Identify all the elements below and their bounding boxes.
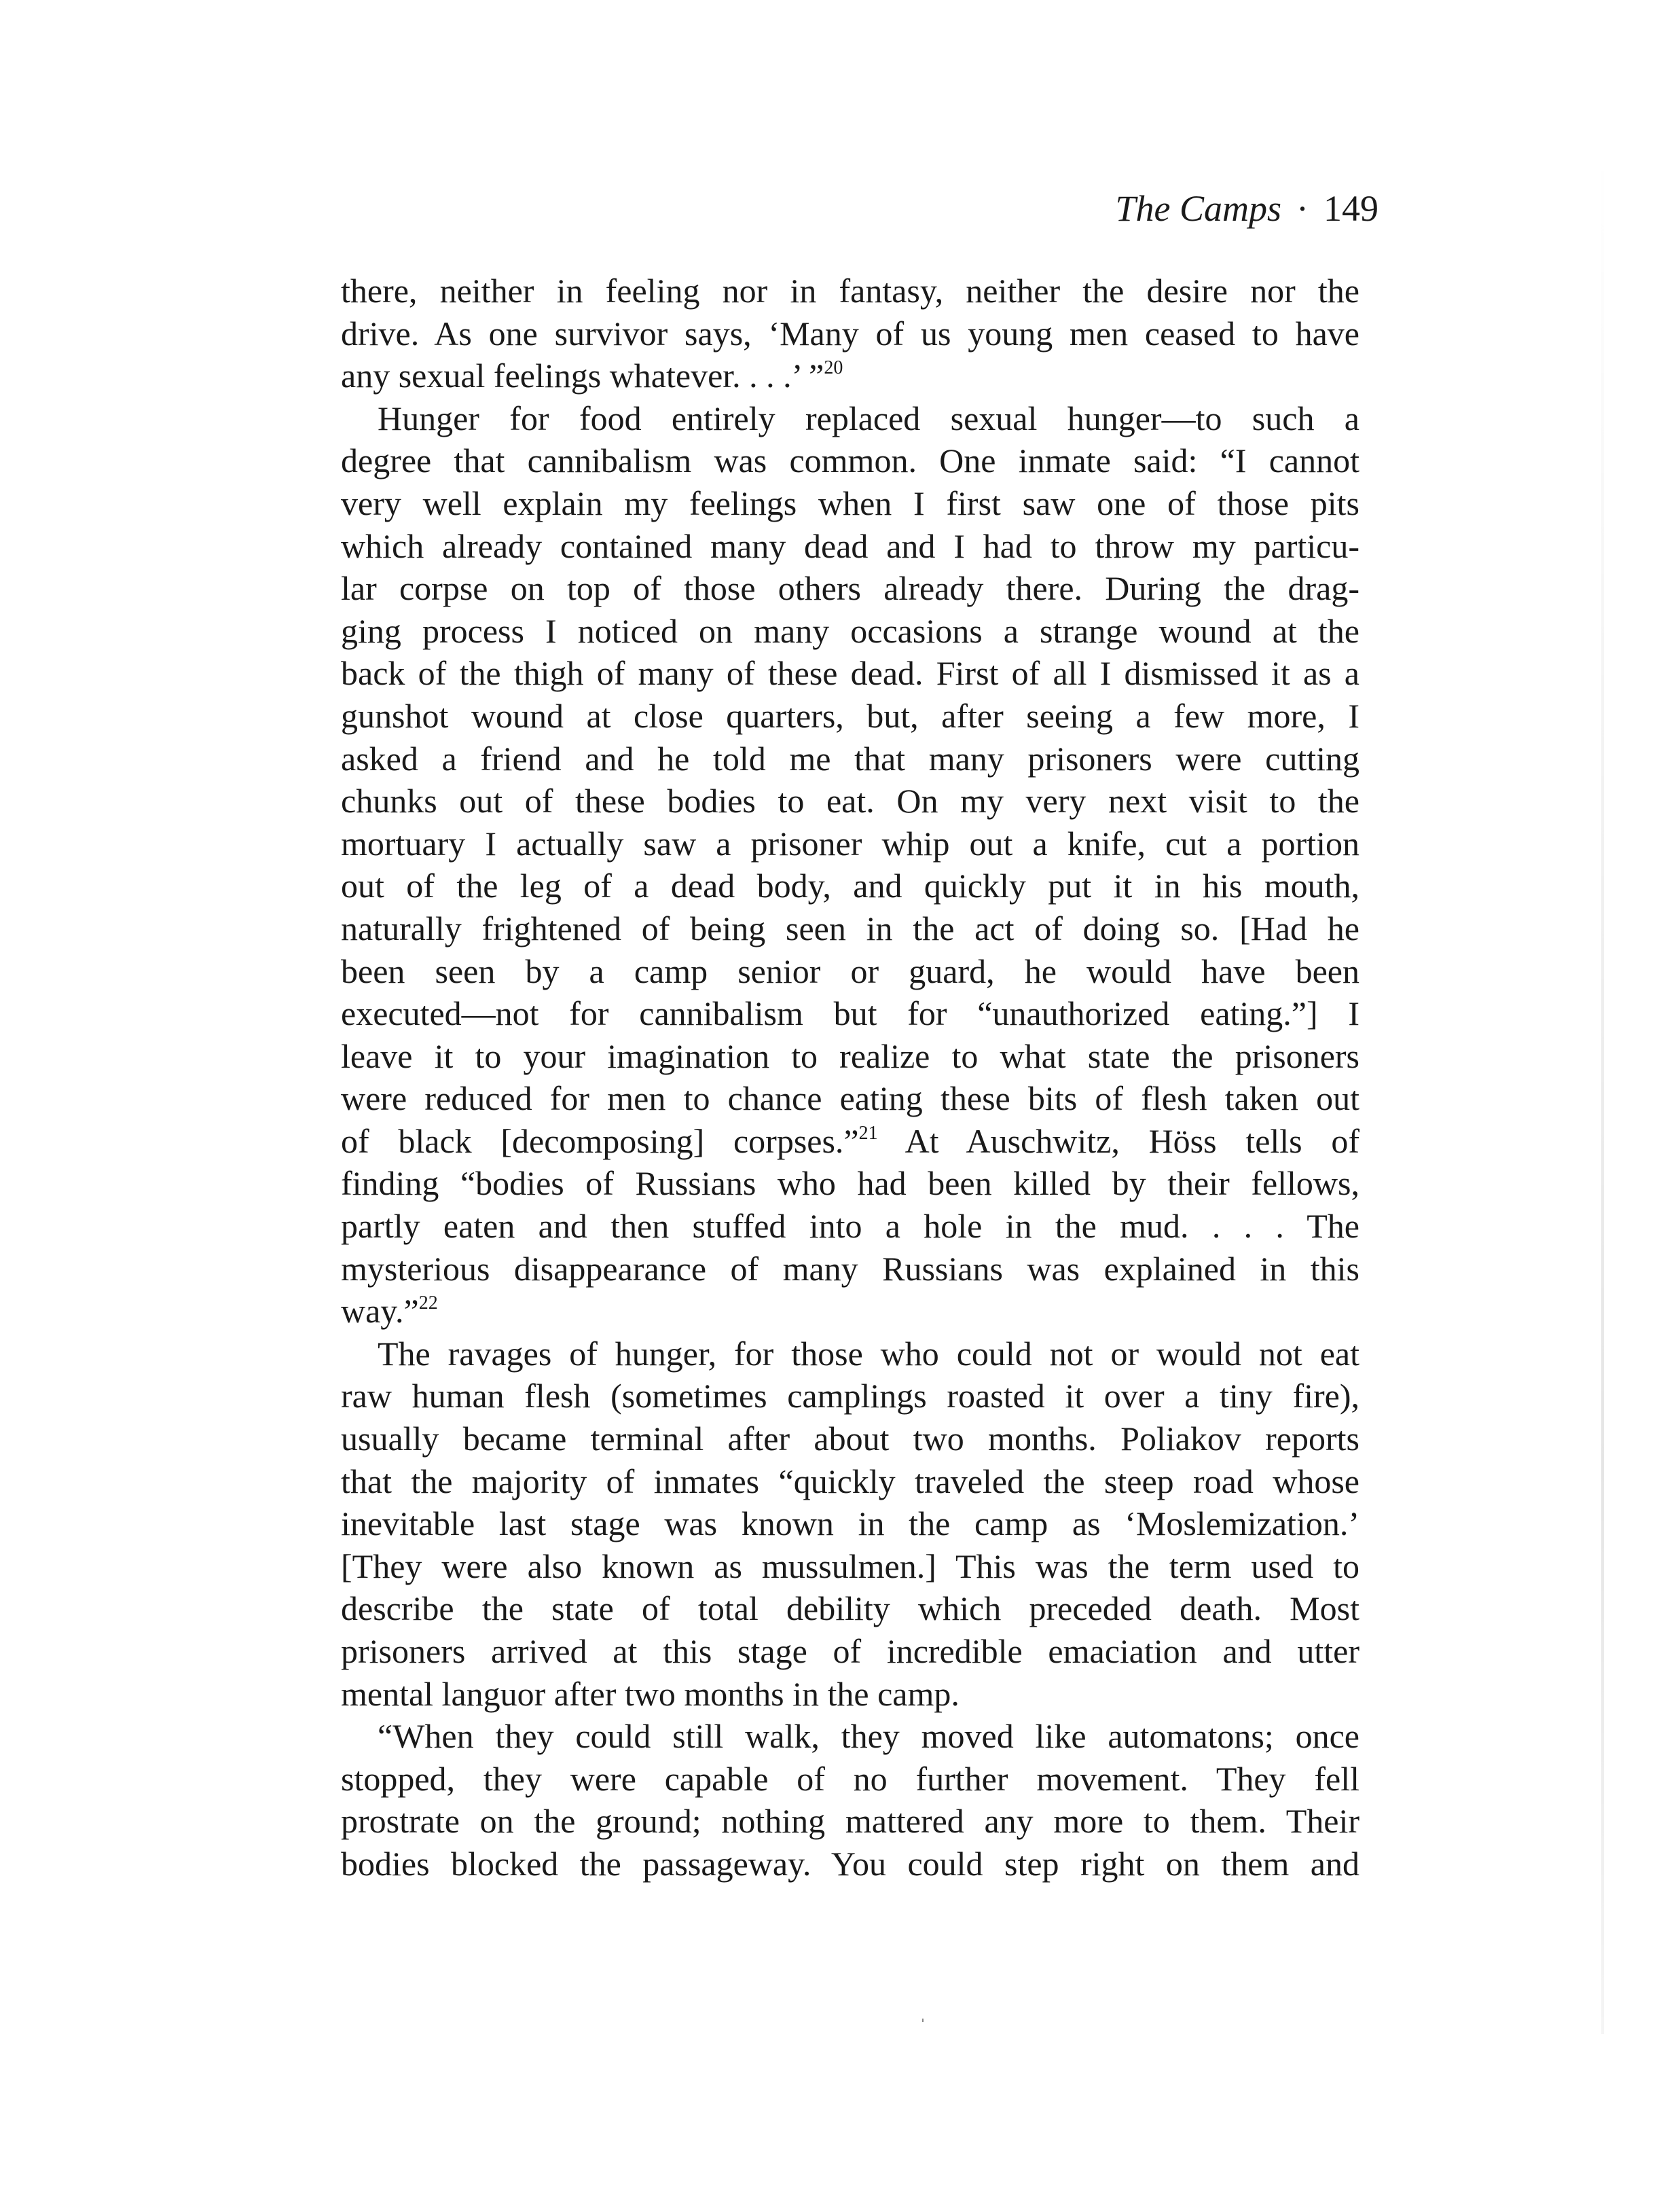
line-text: mysterious disappearance of many Russian… bbox=[341, 1250, 1359, 1288]
text-line: mental languor after two months in the c… bbox=[341, 1673, 1359, 1716]
text-line: partly eaten and then stuffed into a hol… bbox=[341, 1205, 1359, 1248]
text-line: very well explain my feelings when I fir… bbox=[341, 482, 1359, 525]
scan-speck bbox=[922, 2019, 924, 2022]
line-text: Hunger for food entirely replaced sexual… bbox=[378, 399, 1359, 437]
text-line: of black [decomposing] corpses.”21 At Au… bbox=[341, 1120, 1359, 1163]
line-text: any sexual feelings whatever. . . .’ ” bbox=[341, 357, 824, 395]
line-text: been seen by a camp senior or guard, he … bbox=[341, 952, 1359, 990]
line-text: out of the leg of a dead body, and quick… bbox=[341, 867, 1359, 905]
line-text: drive. As one survivor says, ‘Many of us… bbox=[341, 314, 1359, 353]
text-line: “When they could still walk, they moved … bbox=[341, 1715, 1359, 1758]
text-line: degree that cannibalism was common. One … bbox=[341, 439, 1359, 482]
text-line: chunks out of these bodies to eat. On my… bbox=[341, 780, 1359, 823]
text-line: gunshot wound at close quarters, but, af… bbox=[341, 695, 1359, 738]
line-text: The ravages of hunger, for those who cou… bbox=[378, 1335, 1359, 1373]
line-text: usually became terminal after about two … bbox=[341, 1420, 1359, 1458]
text-line: were reduced for men to chance eating th… bbox=[341, 1077, 1359, 1120]
line-text: raw human flesh (sometimes camplings roa… bbox=[341, 1377, 1359, 1415]
line-text: mental languor after two months in the c… bbox=[341, 1675, 960, 1713]
text-line: ging process I noticed on many occasions… bbox=[341, 610, 1359, 653]
text-line: leave it to your imagination to realize … bbox=[341, 1035, 1359, 1078]
line-text: were reduced for men to chance eating th… bbox=[341, 1079, 1359, 1117]
text-line: way.”22 bbox=[341, 1290, 1359, 1333]
text-line: been seen by a camp senior or guard, he … bbox=[341, 950, 1359, 993]
line-text: ging process I noticed on many occasions… bbox=[341, 612, 1359, 650]
line-text: there, neither in feeling nor in fantasy… bbox=[341, 272, 1359, 310]
text-line: finding “bodies of Russians who had been… bbox=[341, 1162, 1359, 1205]
line-text: which already contained many dead and I … bbox=[341, 527, 1359, 565]
line-text: “When they could still walk, they moved … bbox=[378, 1717, 1359, 1755]
line-text: naturally frightened of being seen in th… bbox=[341, 909, 1359, 947]
text-line: lar corpse on top of those others alread… bbox=[341, 567, 1359, 610]
text-line: there, neither in feeling nor in fantasy… bbox=[341, 270, 1359, 312]
text-line: any sexual feelings whatever. . . .’ ”20 bbox=[341, 355, 1359, 397]
text-line: drive. As one survivor says, ‘Many of us… bbox=[341, 312, 1359, 355]
line-text: lar corpse on top of those others alread… bbox=[341, 569, 1359, 607]
body-text: there, neither in feeling nor in fantasy… bbox=[341, 270, 1359, 1885]
line-text: stopped, they were capable of no further… bbox=[341, 1760, 1359, 1798]
line-text: describe the state of total debility whi… bbox=[341, 1589, 1359, 1627]
line-text: leave it to your imagination to realize … bbox=[341, 1037, 1359, 1075]
text-line: that the majority of inmates “quickly tr… bbox=[341, 1460, 1359, 1503]
separator-dot: · bbox=[1296, 185, 1309, 232]
line-text: executed—not for cannibalism but for “un… bbox=[341, 994, 1359, 1032]
running-head: The Camps·149 bbox=[1046, 185, 1378, 232]
text-line: mortuary I actually saw a prisoner whip … bbox=[341, 823, 1359, 865]
text-line: describe the state of total debility whi… bbox=[341, 1587, 1359, 1630]
text-line: usually became terminal after about two … bbox=[341, 1417, 1359, 1460]
line-text: gunshot wound at close quarters, but, af… bbox=[341, 697, 1359, 735]
text-line: Hunger for food entirely replaced sexual… bbox=[341, 397, 1359, 440]
line-text-continued: At Auschwitz, Höss tells of bbox=[878, 1122, 1359, 1160]
line-text: that the majority of inmates “quickly tr… bbox=[341, 1462, 1359, 1500]
line-text: inevitable last stage was known in the c… bbox=[341, 1504, 1359, 1542]
text-line: naturally frightened of being seen in th… bbox=[341, 907, 1359, 950]
line-text: degree that cannibalism was common. One … bbox=[341, 441, 1359, 480]
footnote-ref: 20 bbox=[824, 357, 843, 378]
text-line: prisoners arrived at this stage of incre… bbox=[341, 1630, 1359, 1673]
line-text: back of the thigh of many of these dead.… bbox=[341, 654, 1359, 692]
line-text: chunks out of these bodies to eat. On my… bbox=[341, 782, 1359, 820]
line-text: mortuary I actually saw a prisoner whip … bbox=[341, 825, 1359, 863]
scan-edge-shadow bbox=[1601, 146, 1604, 2034]
line-text: asked a friend and he told me that many … bbox=[341, 740, 1359, 778]
footnote-ref: 22 bbox=[419, 1293, 438, 1314]
text-line: mysterious disappearance of many Russian… bbox=[341, 1248, 1359, 1290]
text-line: stopped, they were capable of no further… bbox=[341, 1758, 1359, 1801]
text-line: prostrate on the ground; nothing mattere… bbox=[341, 1800, 1359, 1843]
text-line: asked a friend and he told me that many … bbox=[341, 738, 1359, 780]
text-line: out of the leg of a dead body, and quick… bbox=[341, 865, 1359, 907]
text-line: back of the thigh of many of these dead.… bbox=[341, 652, 1359, 695]
book-page: The Camps·149 there, neither in feeling … bbox=[0, 0, 1680, 2204]
line-text: [They were also known as mussulmen.] Thi… bbox=[341, 1547, 1359, 1585]
line-text: partly eaten and then stuffed into a hol… bbox=[341, 1207, 1359, 1245]
line-text: finding “bodies of Russians who had been… bbox=[341, 1164, 1359, 1202]
text-line: raw human flesh (sometimes camplings roa… bbox=[341, 1375, 1359, 1417]
text-line: The ravages of hunger, for those who cou… bbox=[341, 1333, 1359, 1375]
page-number: 149 bbox=[1323, 188, 1378, 229]
line-text: bodies blocked the passageway. You could… bbox=[341, 1845, 1359, 1883]
line-text: of black [decomposing] corpses.” bbox=[341, 1122, 859, 1160]
line-text: prostrate on the ground; nothing mattere… bbox=[341, 1802, 1359, 1840]
line-text: very well explain my feelings when I fir… bbox=[341, 484, 1359, 522]
text-line: [They were also known as mussulmen.] Thi… bbox=[341, 1545, 1359, 1588]
text-line: inevitable last stage was known in the c… bbox=[341, 1502, 1359, 1545]
footnote-ref: 21 bbox=[859, 1123, 878, 1144]
line-text: way.” bbox=[341, 1292, 419, 1330]
line-text: prisoners arrived at this stage of incre… bbox=[341, 1632, 1359, 1670]
text-line: which already contained many dead and I … bbox=[341, 525, 1359, 568]
chapter-title: The Camps bbox=[1115, 188, 1281, 229]
text-line: executed—not for cannibalism but for “un… bbox=[341, 992, 1359, 1035]
text-line: bodies blocked the passageway. You could… bbox=[341, 1843, 1359, 1885]
